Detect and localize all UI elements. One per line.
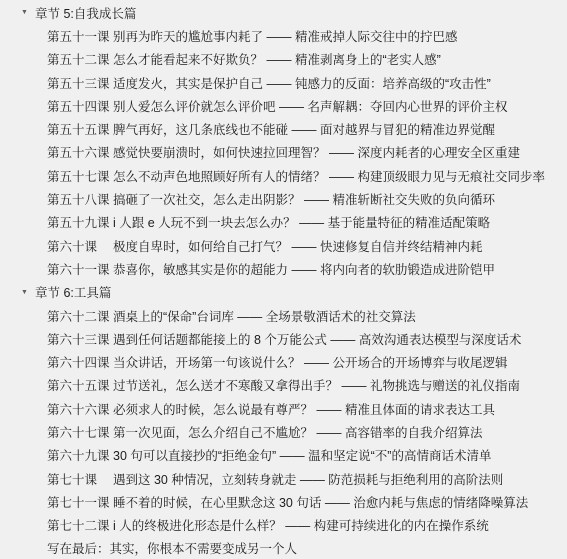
lesson-label: 第五十七课 [47, 167, 110, 185]
lesson-label: 第六十四课 [47, 353, 110, 371]
lesson-title: 别人爱怎么评价就怎么评价吧 —— 名声解耦：夺回内心世界的评价主权 [113, 97, 507, 115]
chapter-title: 章节 6:工具篇 [35, 283, 111, 301]
chapter-6-header[interactable]: ▼ 章节 6:工具篇 [0, 281, 567, 304]
final-note-text: 写在最后：其实，你根本不需要变成另一个人 [47, 539, 297, 557]
lesson-row-62[interactable]: 第六十二课 酒桌上的“保命”台词库 —— 全场景敬酒话术的社交算法 [0, 304, 567, 327]
collapse-expander-icon[interactable]: ▼ [20, 9, 29, 16]
lesson-title: 极度自卑时，如何给自己打气？ —— 快速修复自信并终结精神内耗 [113, 237, 482, 255]
lesson-row-67[interactable]: 第六十七课 第一次见面，怎么介绍自己不尴尬？ —— 高容错率的自我介绍算法 [0, 420, 567, 443]
lesson-row-64[interactable]: 第六十四课 当众讲话，开场第一句该说什么？ —— 公开场合的开场博弈与收尾逻辑 [0, 350, 567, 373]
lesson-title: 别再为昨天的尴尬事内耗了 —— 精准戒掉人际交往中的拧巴感 [113, 27, 457, 45]
lesson-label: 第五十三课 [47, 74, 110, 92]
lesson-label: 第六十五课 [47, 376, 110, 394]
lesson-title: 怎么不动声色地照顾好所有人的情绪？ —— 构建顶级眼力见与无痕社交同步率 [113, 167, 545, 185]
lesson-label: 第七十课 [47, 470, 110, 488]
chapter-5-header[interactable]: ▼ 章节 5:自我成长篇 [0, 1, 567, 24]
lesson-row-71[interactable]: 第七十一课 睡不着的时候，在心里默念这 30 句话 —— 治愈内耗与焦虑的情绪降… [0, 490, 567, 513]
lesson-label: 第六十七课 [47, 423, 110, 441]
lesson-title: 适度发火，其实是保护自己 —— 钝感力的反面：培养高级的“攻击性” [113, 74, 491, 92]
collapse-expander-icon[interactable]: ▼ [20, 289, 29, 296]
lesson-label: 第六十六课 [47, 400, 110, 418]
lesson-title: 30 句可以直接抄的“拒绝金句” —— 温和坚定说“不”的高情商话术清单 [113, 446, 491, 464]
lesson-row-55[interactable]: 第五十五课 脾气再好，这几条底线也不能碰 —— 面对越界与冒犯的精准边界觉醒 [0, 117, 567, 140]
lesson-label: 第五十一课 [47, 27, 110, 45]
lesson-label: 第五十二课 [47, 50, 110, 68]
chapter-title: 章节 5:自我成长篇 [35, 4, 136, 22]
lesson-title: 脾气再好，这几条底线也不能碰 —— 面对越界与冒犯的精准边界觉醒 [113, 120, 495, 138]
lesson-row-70[interactable]: 第七十课 遇到这 30 种情况，立刻转身就走 —— 防范损耗与拒绝利用的高阶法则 [0, 467, 567, 490]
lesson-row-65[interactable]: 第六十五课 过节送礼，怎么送才不寒酸又拿得出手？ —— 礼物挑选与赠送的礼仪指南 [0, 374, 567, 397]
lesson-row-51[interactable]: 第五十一课 别再为昨天的尴尬事内耗了 —— 精准戒掉人际交往中的拧巴感 [0, 24, 567, 47]
lesson-label: 第六十九课 [47, 446, 110, 464]
lesson-label: 第七十二课 [47, 516, 110, 534]
lesson-label: 第五十五课 [47, 120, 110, 138]
lesson-row-61[interactable]: 第六十一课 恭喜你，敏感其实是你的超能力 —— 将内向者的软肋锻造成进阶铠甲 [0, 257, 567, 280]
lesson-row-54[interactable]: 第五十四课 别人爱怎么评价就怎么评价吧 —— 名声解耦：夺回内心世界的评价主权 [0, 94, 567, 117]
lesson-title: 感觉快要崩溃时，如何快速拉回理智？ —— 深度内耗者的心理安全区重建 [113, 143, 520, 161]
lesson-row-69[interactable]: 第六十九课 30 句可以直接抄的“拒绝金句” —— 温和坚定说“不”的高情商话术… [0, 444, 567, 467]
lesson-label: 第七十一课 [47, 493, 110, 511]
lesson-title: 过节送礼，怎么送才不寒酸又拿得出手？ —— 礼物挑选与赠送的礼仪指南 [113, 376, 520, 394]
lesson-label: 第五十六课 [47, 143, 110, 161]
lesson-row-72[interactable]: 第七十二课 i 人的终极进化形态是什么样？ —— 构建可持续进化的内在操作系统 [0, 514, 567, 537]
lesson-row-59[interactable]: 第五十九课 i 人跟 e 人玩不到一块去怎么办？ —— 基于能量特征的精准适配策… [0, 211, 567, 234]
lesson-label: 第六十二课 [47, 307, 110, 325]
lesson-title: 酒桌上的“保命”台词库 —— 全场景敬酒话术的社交算法 [113, 307, 416, 325]
lesson-title: 遇到任何话题都能接上的 8 个万能公式 —— 高效沟通表达模型与深度话术 [113, 330, 521, 348]
lesson-row-53[interactable]: 第五十三课 适度发火，其实是保护自己 —— 钝感力的反面：培养高级的“攻击性” [0, 71, 567, 94]
lesson-label: 第五十九课 [47, 213, 110, 231]
lesson-row-63[interactable]: 第六十三课 遇到任何话题都能接上的 8 个万能公式 —— 高效沟通表达模型与深度… [0, 327, 567, 350]
lesson-title: 遇到这 30 种情况，立刻转身就走 —— 防范损耗与拒绝利用的高阶法则 [113, 470, 503, 488]
lesson-title: 怎么才能看起来不好欺负？ —— 精准剥离身上的“老实人感” [113, 50, 441, 68]
lesson-row-60[interactable]: 第六十课 极度自卑时，如何给自己打气？ —— 快速修复自信并终结精神内耗 [0, 234, 567, 257]
lesson-title: i 人跟 e 人玩不到一块去怎么办？ —— 基于能量特征的精准适配策略 [113, 213, 490, 231]
lesson-title: 第一次见面，怎么介绍自己不尴尬？ —— 高容错率的自我介绍算法 [113, 423, 482, 441]
lesson-label: 第六十一课 [47, 260, 110, 278]
lesson-row-57[interactable]: 第五十七课 怎么不动声色地照顾好所有人的情绪？ —— 构建顶级眼力见与无痕社交同… [0, 164, 567, 187]
course-outline: ▼ 章节 5:自我成长篇 第五十一课 别再为昨天的尴尬事内耗了 —— 精准戒掉人… [0, 0, 567, 559]
lesson-title: 搞砸了一次社交，怎么走出阴影？ —— 精准斩断社交失败的负向循环 [113, 190, 495, 208]
lesson-row-58[interactable]: 第五十八课 搞砸了一次社交，怎么走出阴影？ —— 精准斩断社交失败的负向循环 [0, 187, 567, 210]
lesson-title: 必须求人的时候，怎么说最有尊严？ —— 精准且体面的请求表达工具 [113, 400, 495, 418]
lesson-title: 恭喜你，敏感其实是你的超能力 —— 将内向者的软肋锻造成进阶铠甲 [113, 260, 495, 278]
lesson-label: 第五十八课 [47, 190, 110, 208]
lesson-label: 第六十课 [47, 237, 110, 255]
lesson-title: i 人的终极进化形态是什么样？ —— 构建可持续进化的内在操作系统 [113, 516, 489, 534]
lesson-row-56[interactable]: 第五十六课 感觉快要崩溃时，如何快速拉回理智？ —— 深度内耗者的心理安全区重建 [0, 141, 567, 164]
lesson-label: 第五十四课 [47, 97, 110, 115]
lesson-title: 睡不着的时候，在心里默念这 30 句话 —— 治愈内耗与焦虑的情绪降噪算法 [113, 493, 528, 511]
lesson-title: 当众讲话，开场第一句该说什么？ —— 公开场合的开场博弈与收尾逻辑 [113, 353, 507, 371]
lesson-label: 第六十三课 [47, 330, 110, 348]
lesson-row-52[interactable]: 第五十二课 怎么才能看起来不好欺负？ —— 精准剥离身上的“老实人感” [0, 48, 567, 71]
final-note-row[interactable]: 写在最后：其实，你根本不需要变成另一个人 [0, 537, 567, 559]
lesson-row-66[interactable]: 第六十六课 必须求人的时候，怎么说最有尊严？ —— 精准且体面的请求表达工具 [0, 397, 567, 420]
